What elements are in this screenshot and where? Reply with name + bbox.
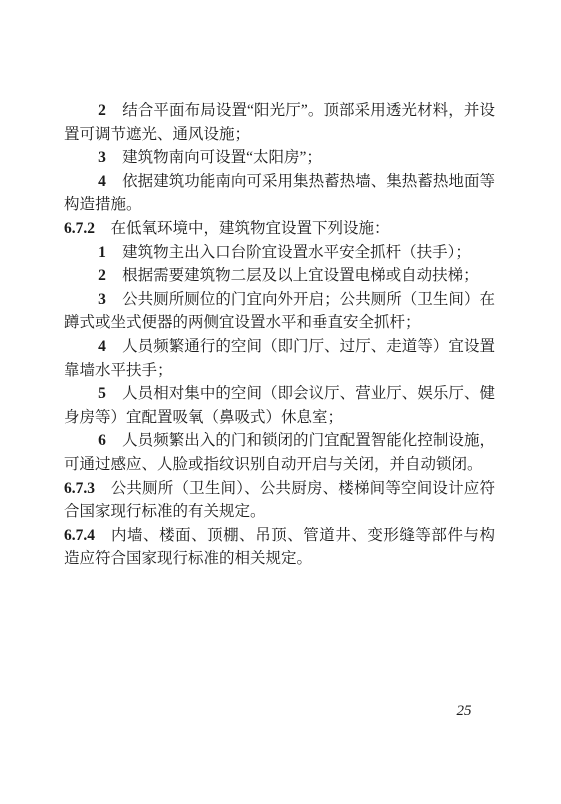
clause-number: 6.7.4 [64,527,95,544]
list-item-paragraph: 2结合平面布局设置“阳光厅”。顶部采用透光材料，并设置可调节遮光、通风设施； [64,99,495,146]
paragraph-text: 人员频繁出入的门和锁闭的门宜配置智能化控制设施，可通过感应、人脸或指纹识别自动开… [64,432,495,473]
text-block: 2结合平面布局设置“阳光厅”。顶部采用透光材料，并设置可调节遮光、通风设施；3建… [64,99,495,571]
item-number: 4 [98,338,106,355]
paragraph-text: 公共厕所（卫生间）、公共厨房、楼梯间等空间设计应符合国家现行标准的有关规定。 [64,480,495,521]
clause-paragraph: 6.7.3公共厕所（卫生间）、公共厨房、楼梯间等空间设计应符合国家现行标准的有关… [64,477,495,524]
paragraph-text: 依据建筑功能南向可采用集热蓄热墙、集热蓄热地面等构造措施。 [64,173,495,214]
paragraph-text: 根据需要建筑物二层及以上宜设置电梯或自动扶梯； [122,267,479,284]
item-number: 4 [98,173,106,190]
page-number: 25 [450,703,478,720]
list-item-paragraph: 5人员相对集中的空间（即会议厅、营业厅、娱乐厅、健身房等）宜配置吸氧（鼻吸式）休… [64,382,495,429]
paragraph-text: 结合平面布局设置“阳光厅”。顶部采用透光材料，并设置可调节遮光、通风设施； [64,102,495,143]
item-number: 1 [98,244,106,261]
list-item-paragraph: 2根据需要建筑物二层及以上宜设置电梯或自动扶梯； [64,264,495,288]
item-number: 3 [98,149,106,166]
clause-number: 6.7.2 [64,220,95,237]
paragraph-text: 建筑物南向可设置“太阳房”； [122,149,322,166]
paragraph-text: 内墙、楼面、顶棚、吊顶、管道井、变形缝等部件与构造应符合国家现行标准的相关规定。 [64,527,495,568]
list-item-paragraph: 6人员频繁出入的门和锁闭的门宜配置智能化控制设施，可通过感应、人脸或指纹识别自动… [64,429,495,476]
paragraph-text: 公共厕所厕位的门宜向外开启；公共厕所（卫生间）在蹲式或坐式便器的两侧宜设置水平和… [64,291,495,332]
item-number: 2 [98,267,106,284]
item-number: 5 [98,385,106,402]
list-item-paragraph: 4依据建筑功能南向可采用集热蓄热墙、集热蓄热地面等构造措施。 [64,170,495,217]
clause-paragraph: 6.7.2在低氧环境中，建筑物宜设置下列设施： [64,217,495,241]
paragraph-text: 人员相对集中的空间（即会议厅、营业厅、娱乐厅、健身房等）宜配置吸氧（鼻吸式）休息… [64,385,495,426]
paragraph-text: 在低氧环境中，建筑物宜设置下列设施： [111,220,390,237]
clause-paragraph: 6.7.4内墙、楼面、顶棚、吊顶、管道井、变形缝等部件与构造应符合国家现行标准的… [64,524,495,571]
item-number: 2 [98,102,106,119]
paragraph-text: 建筑物主出入口台阶宜设置水平安全抓杆（扶手）； [122,244,471,261]
clause-number: 6.7.3 [64,480,95,497]
list-item-paragraph: 1建筑物主出入口台阶宜设置水平安全抓杆（扶手）； [64,241,495,265]
document-page: 2结合平面布局设置“阳光厅”。顶部采用透光材料，并设置可调节遮光、通风设施；3建… [0,0,561,804]
item-number: 3 [98,291,106,308]
item-number: 6 [98,432,106,449]
paragraph-text: 人员频繁通行的空间（即门厅、过厅、走道等）宜设置靠墙水平扶手； [64,338,495,379]
list-item-paragraph: 3公共厕所厕位的门宜向外开启；公共厕所（卫生间）在蹲式或坐式便器的两侧宜设置水平… [64,288,495,335]
list-item-paragraph: 4人员频繁通行的空间（即门厅、过厅、走道等）宜设置靠墙水平扶手； [64,335,495,382]
list-item-paragraph: 3建筑物南向可设置“太阳房”； [64,146,495,170]
